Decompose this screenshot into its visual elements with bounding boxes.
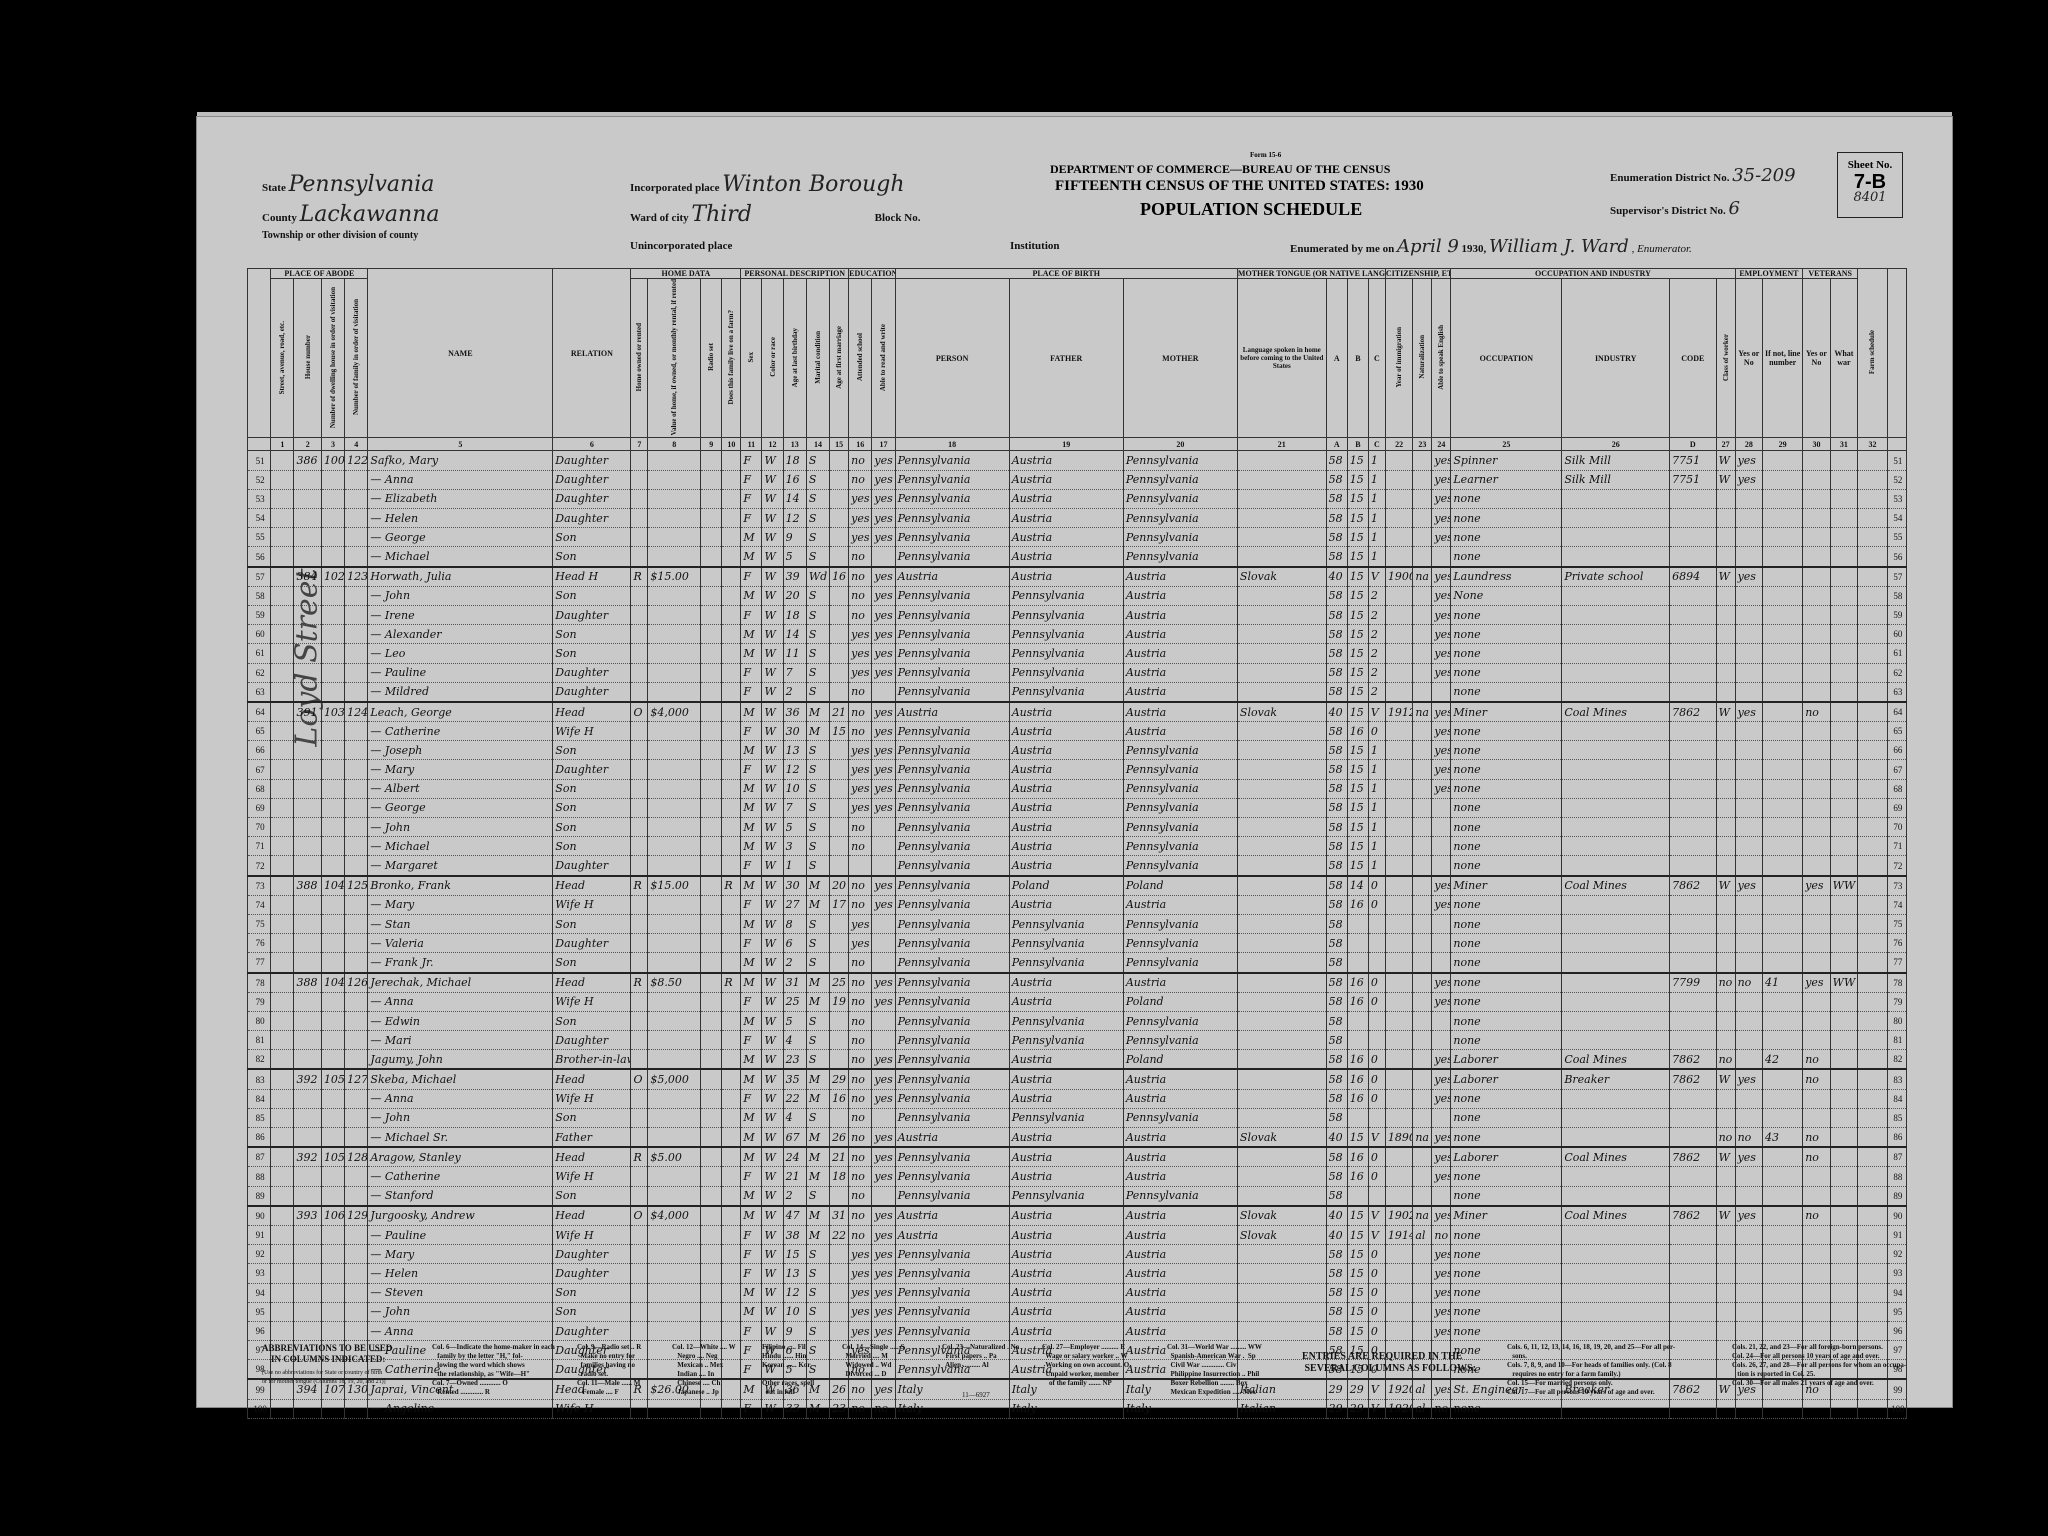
street [271, 1264, 294, 1283]
mother-birthplace: Austria [1123, 1225, 1237, 1244]
occupation-code [1670, 1128, 1716, 1148]
war [1830, 1069, 1857, 1089]
street [271, 451, 294, 470]
family-number [345, 1031, 368, 1050]
code-b: 15 [1347, 760, 1368, 779]
radio [701, 1069, 722, 1089]
enumeration-date: April 9 [1397, 236, 1459, 257]
family-number [345, 605, 368, 624]
person-name: — Pauline [368, 1225, 553, 1244]
farm [722, 760, 741, 779]
race: W [762, 934, 783, 953]
war [1830, 1089, 1857, 1108]
race: W [762, 702, 783, 722]
col-20-header: MOTHER [1123, 279, 1237, 438]
employed: yes [1735, 567, 1762, 587]
read-write: yes [872, 509, 895, 528]
table-row: 70— JohnSonMW5SnoPennsylvaniaAustriaPenn… [248, 818, 1907, 837]
sex: F [741, 451, 762, 470]
unemployment-line [1763, 586, 1803, 605]
naturalization [1413, 586, 1432, 605]
employed [1735, 1225, 1762, 1244]
veteran [1803, 992, 1830, 1011]
occupation-code: 7862 [1670, 1147, 1716, 1167]
occupation: none [1451, 1321, 1562, 1340]
farm-schedule [1858, 1050, 1888, 1070]
class-of-worker [1716, 934, 1735, 953]
code-b: 15 [1347, 1302, 1368, 1321]
code-b: 15 [1347, 547, 1368, 567]
table-row: 60— AlexanderSonMW14SyesyesPennsylvaniaP… [248, 625, 1907, 644]
unemployment-line [1763, 798, 1803, 817]
family-number: 123 [345, 567, 368, 587]
war [1830, 682, 1857, 702]
home-value [648, 798, 701, 817]
code-b: 15 [1347, 1245, 1368, 1264]
employed [1735, 1321, 1762, 1340]
occupation: none [1451, 722, 1562, 741]
house-number: 388 [294, 876, 321, 896]
relationship: Daughter [553, 509, 631, 528]
relationship: Head [553, 702, 631, 722]
industry [1562, 856, 1670, 876]
code-b: 15 [1347, 837, 1368, 856]
farm-schedule [1858, 682, 1888, 702]
radio [701, 1031, 722, 1050]
occupation-code [1670, 722, 1716, 741]
read-write [872, 547, 895, 567]
mother-tongue [1237, 1011, 1326, 1030]
mother-birthplace: Pennsylvania [1123, 953, 1237, 973]
age: 2 [783, 682, 806, 702]
line-number: 53 [248, 489, 271, 508]
col-num: 4 [345, 438, 368, 451]
unemployment-line [1763, 914, 1803, 933]
home-value [648, 663, 701, 682]
relationship: Daughter [553, 663, 631, 682]
father-birthplace: Pennsylvania [1009, 586, 1123, 605]
line-number: 80 [248, 1011, 271, 1030]
home-tenure: O [631, 1206, 648, 1226]
occupation: none [1451, 760, 1562, 779]
industry: Silk Mill [1562, 451, 1670, 470]
home-tenure: R [631, 1147, 648, 1167]
industry [1562, 837, 1670, 856]
age-first-marriage [830, 1264, 849, 1283]
family-number [345, 1321, 368, 1340]
veteran [1803, 528, 1830, 547]
street [271, 953, 294, 973]
radio [701, 509, 722, 528]
farm-schedule [1858, 934, 1888, 953]
home-value [648, 1186, 701, 1206]
street [271, 470, 294, 489]
unemployment-line [1763, 1186, 1803, 1206]
veteran [1803, 1264, 1830, 1283]
father-birthplace: Austria [1009, 837, 1123, 856]
mother-birthplace: Pennsylvania [1123, 760, 1237, 779]
mother-birthplace: Austria [1123, 644, 1237, 663]
radio [701, 722, 722, 741]
home-value [648, 1031, 701, 1050]
war [1830, 798, 1857, 817]
relationship: Son [553, 1011, 631, 1030]
unemployment-line [1763, 1302, 1803, 1321]
radio [701, 1302, 722, 1321]
code-c: V [1368, 1128, 1385, 1148]
occupation: none [1451, 818, 1562, 837]
col-31-header: What war [1830, 279, 1857, 438]
marital: S [806, 644, 829, 663]
radio [701, 1225, 722, 1244]
marital: S [806, 605, 829, 624]
mother-birthplace: Austria [1123, 567, 1237, 587]
table-row: 58— JohnSonMW20SnoyesPennsylvaniaPennsyl… [248, 586, 1907, 605]
farm-schedule [1858, 489, 1888, 508]
mother-birthplace: Pennsylvania [1123, 451, 1237, 470]
institution-field: Institution [1010, 240, 1060, 252]
occupation: none [1451, 798, 1562, 817]
veteran [1803, 934, 1830, 953]
line-number-right: 81 [1887, 1031, 1906, 1050]
person-name: — John [368, 586, 553, 605]
dwelling-number [321, 760, 344, 779]
home-value: $8.50 [648, 973, 701, 993]
veteran [1803, 451, 1830, 470]
farm-schedule [1858, 1186, 1888, 1206]
race: W [762, 605, 783, 624]
col-num: 6 [553, 438, 631, 451]
home-value [648, 1245, 701, 1264]
veteran: no [1803, 1147, 1830, 1167]
relationship: Son [553, 528, 631, 547]
line-number-right: 55 [1887, 528, 1906, 547]
speaks-english [1432, 856, 1451, 876]
employed [1735, 509, 1762, 528]
home-tenure [631, 914, 648, 933]
code-b: 16 [1347, 992, 1368, 1011]
home-value: $15.00 [648, 876, 701, 896]
radio [701, 1128, 722, 1148]
naturalization [1413, 992, 1432, 1011]
family-number [345, 1283, 368, 1302]
col-a-header: A [1326, 279, 1347, 438]
sex: M [741, 1302, 762, 1321]
race: W [762, 895, 783, 914]
father-birthplace: Pennsylvania [1009, 1031, 1123, 1050]
age: 14 [783, 489, 806, 508]
line-number-right: 73 [1887, 876, 1906, 896]
dwelling-number [321, 1108, 344, 1127]
code-c: 2 [1368, 625, 1385, 644]
mother-tongue [1237, 547, 1326, 567]
industry [1562, 1186, 1670, 1206]
line-number-right: 94 [1887, 1283, 1906, 1302]
father-birthplace: Austria [1009, 779, 1123, 798]
radio [701, 818, 722, 837]
sex: F [741, 1245, 762, 1264]
mother-birthplace: Pennsylvania [1123, 818, 1237, 837]
immigration-year [1385, 856, 1412, 876]
employed [1735, 760, 1762, 779]
family-number [345, 1128, 368, 1148]
naturalization [1413, 605, 1432, 624]
occupation-code [1670, 818, 1716, 837]
house-number [294, 895, 321, 914]
table-row: 55— GeorgeSonMW9SyesyesPennsylvaniaAustr… [248, 528, 1907, 547]
age: 5 [783, 818, 806, 837]
person-name: — Helen [368, 1264, 553, 1283]
code-b: 15 [1347, 470, 1368, 489]
farm-schedule [1858, 1128, 1888, 1148]
age-first-marriage [830, 1050, 849, 1070]
age-first-marriage: 20 [830, 876, 849, 896]
unemployment-line [1763, 528, 1803, 547]
dwelling-number [321, 741, 344, 760]
veteran [1803, 760, 1830, 779]
dwelling-number: 105 [321, 1147, 344, 1167]
sex: F [741, 1264, 762, 1283]
school: yes [849, 798, 872, 817]
street [271, 1128, 294, 1148]
person-name: Horwath, Julia [368, 567, 553, 587]
dwelling-number [321, 1302, 344, 1321]
home-value [648, 644, 701, 663]
sex: F [741, 760, 762, 779]
mother-birthplace: Austria [1123, 605, 1237, 624]
street [271, 973, 294, 993]
read-write: yes [872, 1302, 895, 1321]
home-tenure [631, 1302, 648, 1321]
father-birthplace: Austria [1009, 1245, 1123, 1264]
person-name: Aragow, Stanley [368, 1147, 553, 1167]
table-row: 72— MargaretDaughterFW1SPennsylvaniaAust… [248, 856, 1907, 876]
table-row: 67— MaryDaughterFW12SyesyesPennsylvaniaA… [248, 760, 1907, 779]
school: no [849, 1011, 872, 1030]
war [1830, 567, 1857, 587]
dwelling-number [321, 625, 344, 644]
school: yes [849, 644, 872, 663]
home-tenure [631, 1225, 648, 1244]
industry [1562, 605, 1670, 624]
home-tenure: O [631, 702, 648, 722]
industry [1562, 663, 1670, 682]
code-c [1368, 1186, 1385, 1206]
relationship: Head [553, 973, 631, 993]
immigration-year [1385, 1108, 1412, 1127]
birthplace: Pennsylvania [895, 1321, 1009, 1340]
race: W [762, 1011, 783, 1030]
war [1830, 1031, 1857, 1050]
war [1830, 1321, 1857, 1340]
birthplace: Pennsylvania [895, 489, 1009, 508]
relationship: Daughter [553, 1245, 631, 1264]
age: 11 [783, 644, 806, 663]
mother-tongue [1237, 528, 1326, 547]
farm [722, 1108, 741, 1127]
family-number [345, 953, 368, 973]
home-value: $5,000 [648, 1069, 701, 1089]
relationship: Son [553, 818, 631, 837]
read-write: yes [872, 895, 895, 914]
naturalization [1413, 876, 1432, 896]
father-birthplace: Austria [1009, 722, 1123, 741]
class-of-worker: W [1716, 876, 1735, 896]
age-first-marriage [830, 663, 849, 682]
employed [1735, 625, 1762, 644]
immigration-year: 1890 [1385, 1128, 1412, 1148]
incorporated-place-value: Winton Borough [722, 172, 904, 197]
street [271, 605, 294, 624]
col-num: 23 [1413, 438, 1432, 451]
person-name: Skeba, Michael [368, 1069, 553, 1089]
naturalization [1413, 1186, 1432, 1206]
immigration-year [1385, 663, 1412, 682]
home-value: $4,000 [648, 1206, 701, 1226]
family-number [345, 1186, 368, 1206]
home-tenure [631, 1245, 648, 1264]
industry [1562, 682, 1670, 702]
class-of-worker [1716, 798, 1735, 817]
unemployment-line [1763, 567, 1803, 587]
home-value: $15.00 [648, 567, 701, 587]
home-tenure [631, 953, 648, 973]
family-number: 129 [345, 1206, 368, 1226]
birthplace: Pennsylvania [895, 605, 1009, 624]
code-b: 15 [1347, 663, 1368, 682]
code-c: 0 [1368, 1283, 1385, 1302]
line-number: 95 [248, 1302, 271, 1321]
sex: F [741, 682, 762, 702]
code-a: 58 [1326, 934, 1347, 953]
veteran [1803, 818, 1830, 837]
farm [722, 1206, 741, 1226]
farm [722, 1050, 741, 1070]
code-c: 2 [1368, 605, 1385, 624]
relationship: Head [553, 1069, 631, 1089]
read-write: yes [872, 722, 895, 741]
occupation-code [1670, 741, 1716, 760]
street [271, 682, 294, 702]
age: 21 [783, 1167, 806, 1186]
age: 5 [783, 1011, 806, 1030]
industry [1562, 1011, 1670, 1030]
veteran: yes [1803, 973, 1830, 993]
occupation: Laundress [1451, 567, 1562, 587]
birthplace: Pennsylvania [895, 1283, 1009, 1302]
code-a: 58 [1326, 1264, 1347, 1283]
table-row: 90393106129Jurgoosky, AndrewHeadO$4,000M… [248, 1206, 1907, 1226]
read-write: yes [872, 605, 895, 624]
speaks-english: yes [1432, 1167, 1451, 1186]
farm-schedule [1858, 1167, 1888, 1186]
speaks-english: yes [1432, 1264, 1451, 1283]
immigration-year: 1914 [1385, 1225, 1412, 1244]
mother-tongue: Slovak [1237, 567, 1326, 587]
unemployment-line [1763, 605, 1803, 624]
birthplace: Pennsylvania [895, 953, 1009, 973]
speaks-english: yes [1432, 1069, 1451, 1089]
veteran [1803, 1089, 1830, 1108]
farm-schedule [1858, 451, 1888, 470]
relationship: Daughter [553, 1264, 631, 1283]
unemployment-line: 41 [1763, 973, 1803, 993]
immigration-year [1385, 741, 1412, 760]
home-value: $4,000 [648, 702, 701, 722]
col-19-header: FATHER [1009, 279, 1123, 438]
mother-birthplace: Austria [1123, 1147, 1237, 1167]
code-c: 0 [1368, 722, 1385, 741]
line-number-right: 59 [1887, 605, 1906, 624]
mother-tongue [1237, 586, 1326, 605]
birthplace: Austria [895, 1206, 1009, 1226]
sex: F [741, 509, 762, 528]
house-number [294, 779, 321, 798]
line-number: 56 [248, 547, 271, 567]
house-number [294, 682, 321, 702]
veteran [1803, 547, 1830, 567]
dwelling-number [321, 547, 344, 567]
line-number: 92 [248, 1245, 271, 1264]
col-num: 29 [1763, 438, 1803, 451]
family-number [345, 509, 368, 528]
enumeration-district-value: 35-209 [1732, 165, 1795, 186]
mother-birthplace: Austria [1123, 1206, 1237, 1226]
birthplace: Pennsylvania [895, 547, 1009, 567]
line-number: 66 [248, 741, 271, 760]
line-number: 64 [248, 702, 271, 722]
farm-schedule [1858, 837, 1888, 856]
read-write [872, 1031, 895, 1050]
code-c: 0 [1368, 1321, 1385, 1340]
home-tenure [631, 605, 648, 624]
code-a: 58 [1326, 489, 1347, 508]
line-number: 51 [248, 451, 271, 470]
speaks-english: yes [1432, 702, 1451, 722]
father-birthplace: Pennsylvania [1009, 953, 1123, 973]
farm-schedule [1858, 818, 1888, 837]
war [1830, 528, 1857, 547]
birthplace: Pennsylvania [895, 586, 1009, 605]
line-number: 73 [248, 876, 271, 896]
occupation: none [1451, 625, 1562, 644]
radio [701, 682, 722, 702]
employed [1735, 722, 1762, 741]
farm [722, 1264, 741, 1283]
house-number [294, 722, 321, 741]
table-row: 92— MaryDaughterFW15SyesyesPennsylvaniaA… [248, 1245, 1907, 1264]
school: yes [849, 779, 872, 798]
marital: M [806, 1206, 829, 1226]
code-c: 1 [1368, 818, 1385, 837]
street [271, 1302, 294, 1321]
mother-birthplace: Pennsylvania [1123, 1031, 1237, 1050]
occupation-code [1670, 644, 1716, 663]
age-first-marriage [830, 953, 849, 973]
column-number-row: 1 2 3 4 5 6 7 8 9 10 11 12 13 14 15 16 1… [248, 438, 1907, 451]
relationship: Son [553, 798, 631, 817]
occupation: none [1451, 1108, 1562, 1127]
immigration-year [1385, 1302, 1412, 1321]
father-birthplace: Pennsylvania [1009, 934, 1123, 953]
birthplace: Pennsylvania [895, 1147, 1009, 1167]
read-write: yes [872, 992, 895, 1011]
race: W [762, 470, 783, 489]
age: 16 [783, 470, 806, 489]
war [1830, 702, 1857, 722]
speaks-english: yes [1432, 528, 1451, 547]
immigration-year [1385, 914, 1412, 933]
